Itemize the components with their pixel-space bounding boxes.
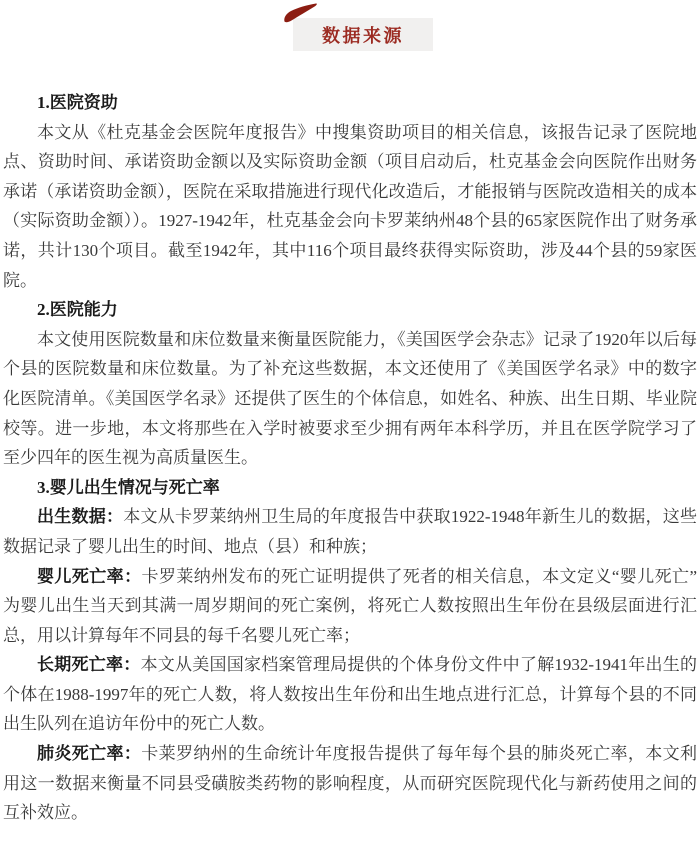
paragraph-text: 本文使用医院数量和床位数量来衡量医院能力，《美国医学会杂志》记录了1920年以后… (3, 330, 697, 467)
paragraph: 婴儿死亡率：卡罗莱纳州发布的死亡证明提供了死者的相关信息，本文定义“婴儿死亡”为… (3, 562, 697, 651)
section-hospital-capacity: 2.医院能力 本文使用医院数量和床位数量来衡量医院能力，《美国医学会杂志》记录了… (3, 295, 697, 473)
paragraph: 出生数据：本文从卡罗莱纳州卫生局的年度报告中获取1922-1948年新生儿的数据… (3, 502, 697, 561)
paragraph: 本文从《杜克基金会医院年度报告》中搜集资助项目的相关信息，该报告记录了医院地点、… (3, 118, 697, 296)
paragraph-lead: 出生数据： (37, 507, 123, 526)
section-infant-birth-mortality: 3.婴儿出生情况与死亡率 出生数据：本文从卡罗莱纳州卫生局的年度报告中获取192… (3, 473, 697, 828)
paragraph-lead: 肺炎死亡率： (37, 744, 141, 763)
document-body: 1.医院资助 本文从《杜克基金会医院年度报告》中搜集资助项目的相关信息，该报告记… (3, 88, 697, 828)
paragraph: 本文使用医院数量和床位数量来衡量医院能力，《美国医学会杂志》记录了1920年以后… (3, 325, 697, 473)
paragraph: 肺炎死亡率：卡莱罗纳州的生命统计年度报告提供了每年每个县的肺炎死亡率，本文利用这… (3, 739, 697, 828)
brush-stroke-icon (283, 3, 319, 25)
paragraph: 长期死亡率：本文从美国国家档案管理局提供的个体身份文件中了解1932-1941年… (3, 650, 697, 739)
section-heading: 2.医院能力 (3, 295, 697, 325)
paragraph-text: 本文从《杜克基金会医院年度报告》中搜集资助项目的相关信息，该报告记录了医院地点、… (3, 123, 697, 290)
paragraph-lead: 长期死亡率： (37, 655, 140, 674)
document-page: { "badge": { "label": "数据来源", "text_colo… (0, 0, 700, 854)
section-heading: 3.婴儿出生情况与死亡率 (3, 473, 697, 503)
section-hospital-funding: 1.医院资助 本文从《杜克基金会医院年度报告》中搜集资助项目的相关信息，该报告记… (3, 88, 697, 295)
section-heading: 1.医院资助 (3, 88, 697, 118)
data-source-badge: 数据来源 (293, 18, 433, 51)
paragraph-lead: 婴儿死亡率： (37, 567, 142, 586)
badge-label: 数据来源 (322, 22, 404, 48)
